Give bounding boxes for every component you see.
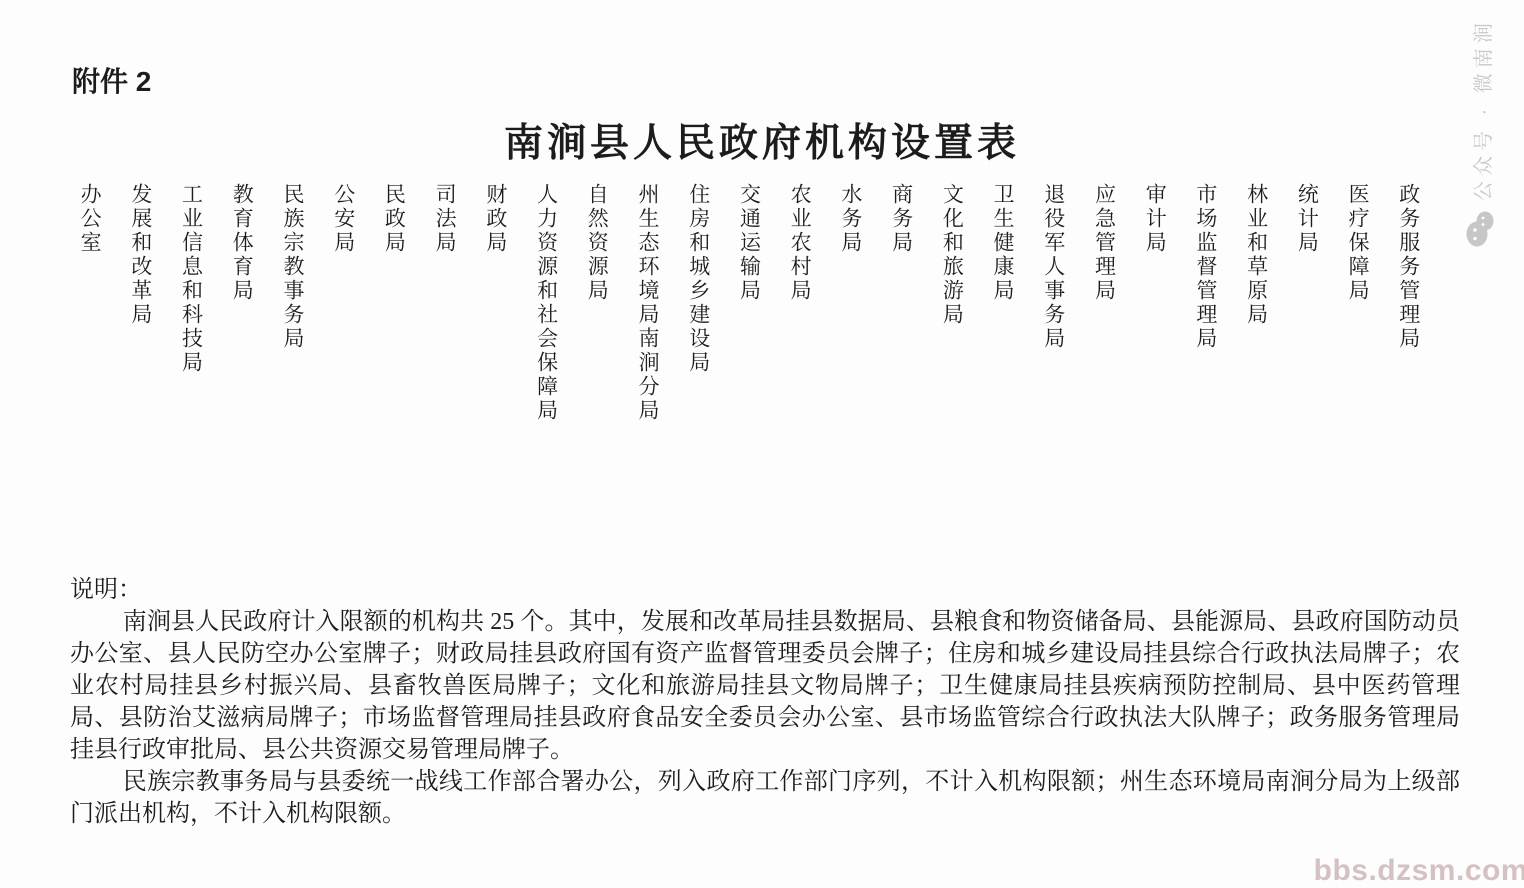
- notes-section: 说明： 南涧县人民政府计入限额的机构共 25 个。其中，发展和改革局挂县数据局、…: [70, 574, 1460, 830]
- department-name: 民族宗教事务局: [281, 183, 304, 351]
- department-name: 民政局: [382, 183, 405, 255]
- department-name: 司法局: [433, 183, 456, 255]
- department-name: 退役军人事务局: [1042, 183, 1065, 351]
- document-page: { "page": { "attachment_label": "附件 2", …: [0, 0, 1524, 888]
- side-watermark-text: 公众号 · 微南涧: [1467, 18, 1496, 201]
- department-name: 财政局: [484, 183, 507, 255]
- department-name: 市场监督管理局: [1194, 183, 1217, 351]
- department-name: 办公室: [78, 183, 101, 255]
- department-name: 商务局: [890, 183, 913, 255]
- department-name: 水务局: [839, 183, 862, 255]
- department-name: 卫生健康局: [991, 183, 1014, 303]
- department-name: 工业信息和科技局: [179, 183, 202, 375]
- attachment-label: 附件 2: [72, 60, 151, 100]
- note-paragraph-2: 民族宗教事务局与县委统一战线工作部合署办公，列入政府工作部门序列，不计入机构限额…: [70, 766, 1460, 830]
- side-watermark: 公众号 · 微南涧: [1463, 17, 1499, 247]
- department-name: 自然资源局: [585, 183, 608, 303]
- department-name: 医疗保障局: [1346, 183, 1369, 303]
- note-paragraph-1: 南涧县人民政府计入限额的机构共 25 个。其中，发展和改革局挂县数据局、县粮食和…: [70, 606, 1460, 766]
- department-name: 文化和旅游局: [940, 183, 963, 327]
- department-name: 公安局: [332, 183, 355, 255]
- department-name: 政务服务管理局: [1397, 183, 1420, 351]
- department-name: 应急管理局: [1092, 183, 1115, 303]
- department-name: 教育体育局: [230, 183, 253, 303]
- wechat-icon: [1465, 211, 1497, 247]
- department-name: 审计局: [1143, 183, 1166, 255]
- page-title: 南涧县人民政府机构设置表: [0, 112, 1524, 168]
- department-name: 州生态环境局南涧分局: [636, 183, 659, 423]
- department-name: 农业农村局: [788, 183, 811, 303]
- department-name: 人力资源和社会保障局: [534, 183, 557, 423]
- department-name: 住房和城乡建设局: [687, 183, 710, 375]
- department-name: 统计局: [1295, 183, 1318, 255]
- department-list: 办公室发展和改革局工业信息和科技局教育体育局民族宗教事务局公安局民政局司法局财政…: [78, 183, 1420, 433]
- department-name: 发展和改革局: [129, 183, 152, 327]
- department-name: 林业和草原局: [1245, 183, 1268, 327]
- notes-heading: 说明：: [70, 574, 1460, 606]
- bottom-watermark: bbs.dzsm.com: [1314, 854, 1524, 888]
- department-name: 交通运输局: [737, 183, 760, 303]
